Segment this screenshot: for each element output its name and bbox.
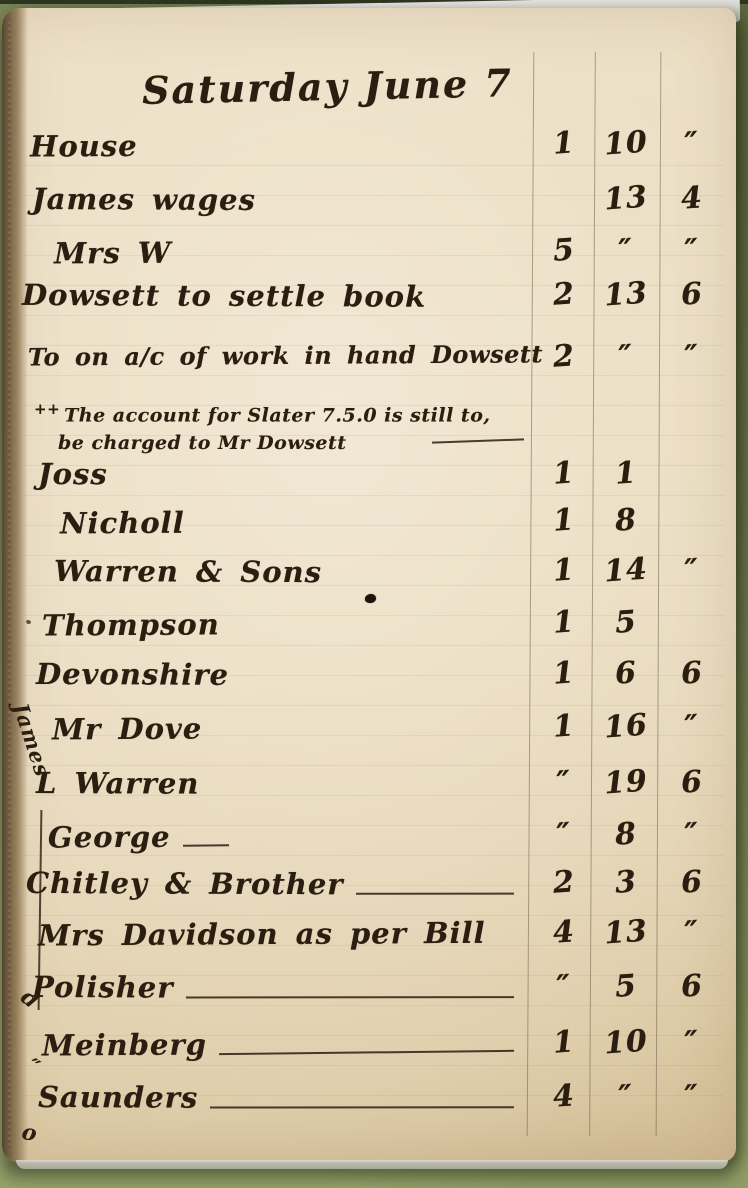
amount-pence: 6 [667, 654, 717, 692]
ink-rule-line [219, 1050, 514, 1055]
amount-shillings: 6 [601, 654, 651, 692]
entry-name: Meinberg [42, 1027, 207, 1062]
ledger-row: Mrs Davidson as per Bill [38, 916, 522, 953]
ledger-row: George [48, 818, 522, 857]
amount-pence: ″ [667, 337, 717, 375]
amount-shillings: 10 [601, 1023, 651, 1061]
amount-pounds: ″ [539, 815, 589, 853]
ledger-row: Nicholl [60, 504, 522, 541]
amount-pence: 6 [667, 863, 717, 901]
entry-name: Mrs Davidson as per Bill [38, 916, 486, 953]
amount-shillings: 13 [601, 913, 651, 951]
amount-shillings: 3 [601, 863, 651, 901]
ledger-page: Saturday June 7 House James wages Mrs W … [2, 8, 736, 1162]
memo-line-1: ++The account for Slater 7.5.0 is still … [34, 400, 554, 426]
entry-name: Chitley & Brother [26, 866, 344, 901]
amount-pounds: 1 [539, 501, 589, 539]
amount-pounds: 1 [539, 551, 589, 589]
ledger-row: Warren & Sons [54, 554, 522, 590]
amount-pounds: 1 [539, 654, 589, 692]
amount-shillings: ″ [601, 337, 651, 375]
amount-shillings: 13 [601, 275, 651, 313]
column-rule-pence [656, 52, 662, 1136]
amount-pence: ″ [667, 124, 717, 162]
entry-name: Mr Dove [52, 712, 202, 747]
amount-shillings: 13 [601, 179, 651, 217]
amount-shillings: 8 [601, 501, 651, 539]
amount-pounds: 1 [539, 454, 589, 492]
inserted-memo-note: ++The account for Slater 7.5.0 is still … [34, 400, 554, 454]
ink-rule-line [356, 893, 514, 895]
ledger-row: James wages [32, 182, 522, 218]
ledger-row: Thompson [42, 606, 522, 643]
amount-shillings: 14 [601, 551, 651, 589]
margin-mark-3: o [20, 1119, 39, 1147]
amount-pounds: 2 [539, 275, 589, 313]
entry-name: George [48, 820, 171, 855]
ledger-row: Meinberg [42, 1026, 522, 1065]
amount-pounds: 1 [539, 707, 589, 745]
amount-pence: ″ [667, 1077, 717, 1115]
entry-name: Saunders [38, 1080, 198, 1115]
ink-rule-line [183, 844, 229, 847]
amount-shillings: 19 [601, 763, 651, 801]
entry-name: To on a/c of work in hand Dowsett [28, 339, 543, 371]
amount-pounds: 1 [539, 603, 589, 641]
entry-name: Joss [38, 457, 108, 491]
amount-pounds: 4 [539, 1077, 589, 1115]
ledger-row: Joss [38, 457, 522, 493]
ledger-row: L Warren [36, 766, 522, 802]
ledger-row: Polisher [32, 970, 522, 1008]
entry-name: Devonshire [36, 657, 229, 692]
amount-pence: ″ [667, 231, 717, 269]
ledger-row: Dowsett to settle book [22, 278, 522, 314]
column-rule-shillings [589, 52, 596, 1136]
entry-name: Polisher [32, 970, 174, 1005]
ledger-row: Saunders [38, 1080, 522, 1118]
ink-rule-line [186, 996, 514, 998]
ledger-row: Mr Dove [52, 710, 522, 747]
entry-name: Thompson [42, 607, 220, 642]
amount-pence: 6 [667, 275, 717, 313]
amount-shillings: 1 [601, 454, 651, 492]
ink-rule-line [210, 1106, 514, 1108]
entry-name: Mrs W [54, 236, 172, 271]
ledger-row: Mrs W [54, 234, 522, 271]
amount-shillings: 10 [601, 124, 651, 162]
amount-shillings: ″ [601, 231, 651, 269]
amount-pounds: 2 [539, 863, 589, 901]
amount-pounds: ″ [539, 967, 589, 1005]
amount-pence: 4 [667, 179, 717, 217]
amount-pence: ″ [667, 913, 717, 951]
amount-shillings: 8 [601, 815, 651, 853]
ledger-row: To on a/c of work in hand Dowsett [28, 339, 522, 371]
amount-pounds: 2 [539, 337, 589, 375]
entry-name: James wages [32, 182, 256, 217]
amount-pence: 6 [667, 967, 717, 1005]
amount-pence: ″ [667, 707, 717, 745]
entry-name: L Warren [36, 766, 200, 801]
insertion-mark: ++ [34, 400, 60, 418]
memo-line-1-text: The account for Slater 7.5.0 is still to… [64, 404, 490, 426]
page-title: Saturday June 7 [142, 60, 514, 113]
amount-shillings: 5 [601, 603, 651, 641]
amount-pounds: 4 [539, 913, 589, 951]
memo-line-2: be charged to Mr Dowsett [58, 432, 554, 454]
ledger-row: Devonshire [36, 657, 522, 693]
amount-pounds: 5 [539, 231, 589, 269]
ink-blot [365, 594, 376, 603]
amount-pence: 6 [667, 763, 717, 801]
page-binding-edge [2, 8, 28, 1162]
entry-name: Dowsett to settle book [22, 278, 426, 314]
entry-name: Warren & Sons [54, 554, 322, 589]
amount-shillings: ″ [601, 1077, 651, 1115]
amount-pounds: ″ [539, 763, 589, 801]
amount-pence: ″ [667, 815, 717, 853]
ledger-row: Chitley & Brother [26, 866, 522, 904]
column-rule-pounds [527, 52, 535, 1136]
ledger-row: House [30, 126, 522, 163]
entry-name: Nicholl [60, 506, 185, 541]
scanned-ledger-photo: { "document": { "type": "handwritten led… [0, 0, 748, 1188]
amount-pence: ″ [667, 551, 717, 589]
amount-pence: ″ [667, 1023, 717, 1061]
amount-pounds: 1 [539, 124, 589, 162]
amount-shillings: 5 [601, 967, 651, 1005]
entry-name: House [30, 129, 138, 164]
amount-pounds: 1 [539, 1023, 589, 1061]
amount-shillings: 16 [601, 707, 651, 745]
